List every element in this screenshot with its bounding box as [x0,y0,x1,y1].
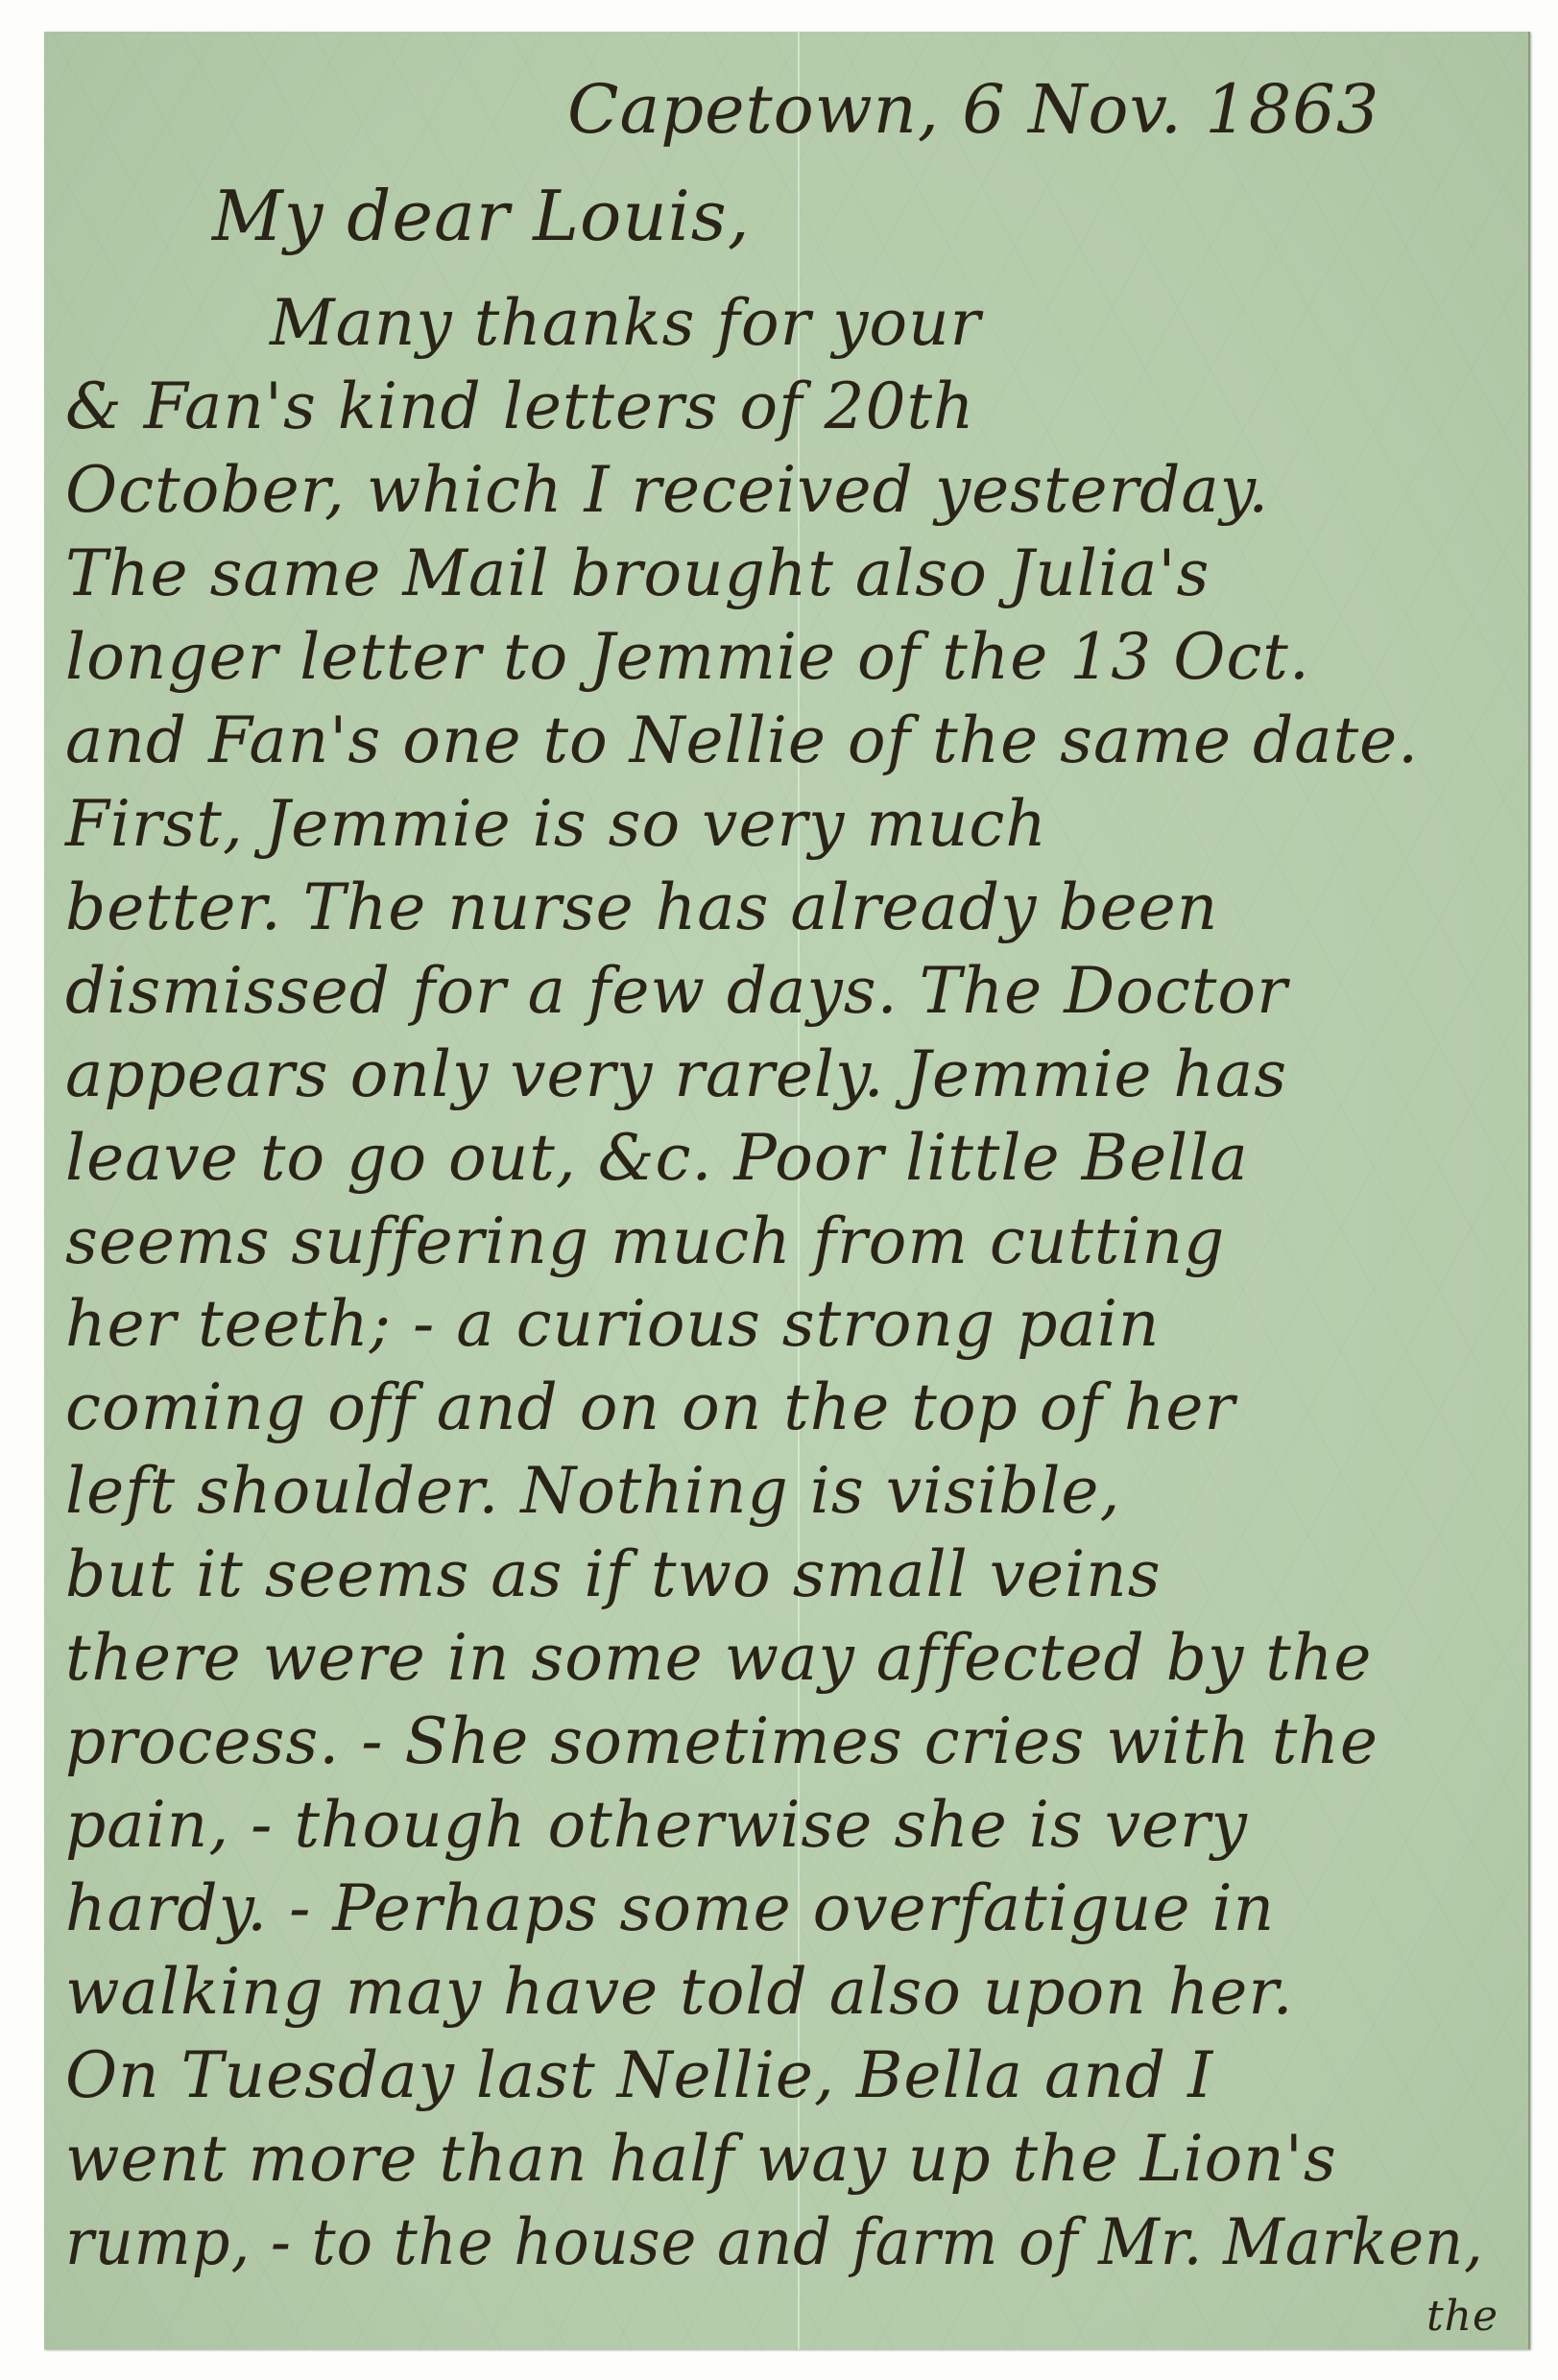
letter-line: went more than half way up the Lion's [65,2122,1337,2196]
letter-line: dismissed for a few days. The Doctor [65,954,1288,1028]
letter-line: rump, - to the house and farm of Mr. Mar… [65,2205,1484,2279]
letter-line: walking may have told also upon her. [65,1955,1294,2029]
letter-line: her teeth; - a curious strong pain [65,1287,1160,1361]
letter-line: pain, - though otherwise she is very [65,1788,1248,1862]
place-date-heading: Capetown, 6 Nov. 1863 [567,70,1379,149]
letter-line: better. The nurse has already been [65,870,1218,944]
letter-line: there were in some way affected by the [65,1621,1372,1695]
letter-line: First, Jemmie is so very much [65,787,1047,861]
letter-line: seems suffering much from cutting [65,1204,1225,1278]
letter-line: hardy. - Perhaps some overfatigue in [65,1871,1275,1945]
letter-line: left shoulder. Nothing is visible, [65,1454,1120,1528]
letter-line: On Tuesday last Nellie, Bella and I [65,2038,1213,2112]
letter-line: The same Mail brought also Julia's [65,536,1210,610]
letter-line: coming off and on on the top of her [65,1370,1235,1444]
catchword: the [1426,2292,1498,2341]
letter-line: but it seems as if two small veins [65,1537,1162,1611]
letter-line: Many thanks for your [270,286,981,360]
letter-line: leave to go out, &c. Poor little Bella [65,1121,1249,1195]
salutation: My dear Louis, [212,176,751,256]
letter-page: Capetown, 6 Nov. 1863 My dear Louis, Man… [44,32,1530,2349]
letter-line: appears only very rarely. Jemmie has [65,1037,1287,1111]
letter-line: longer letter to Jemmie of the 13 Oct. [65,620,1310,694]
letter-line: process. - She sometimes cries with the [65,1704,1378,1778]
letter-line: and Fan's one to Nellie of the same date… [65,703,1419,777]
letter-line: & Fan's kind letters of 20th [65,369,975,443]
letter-line: October, which I received yesterday. [65,453,1269,527]
